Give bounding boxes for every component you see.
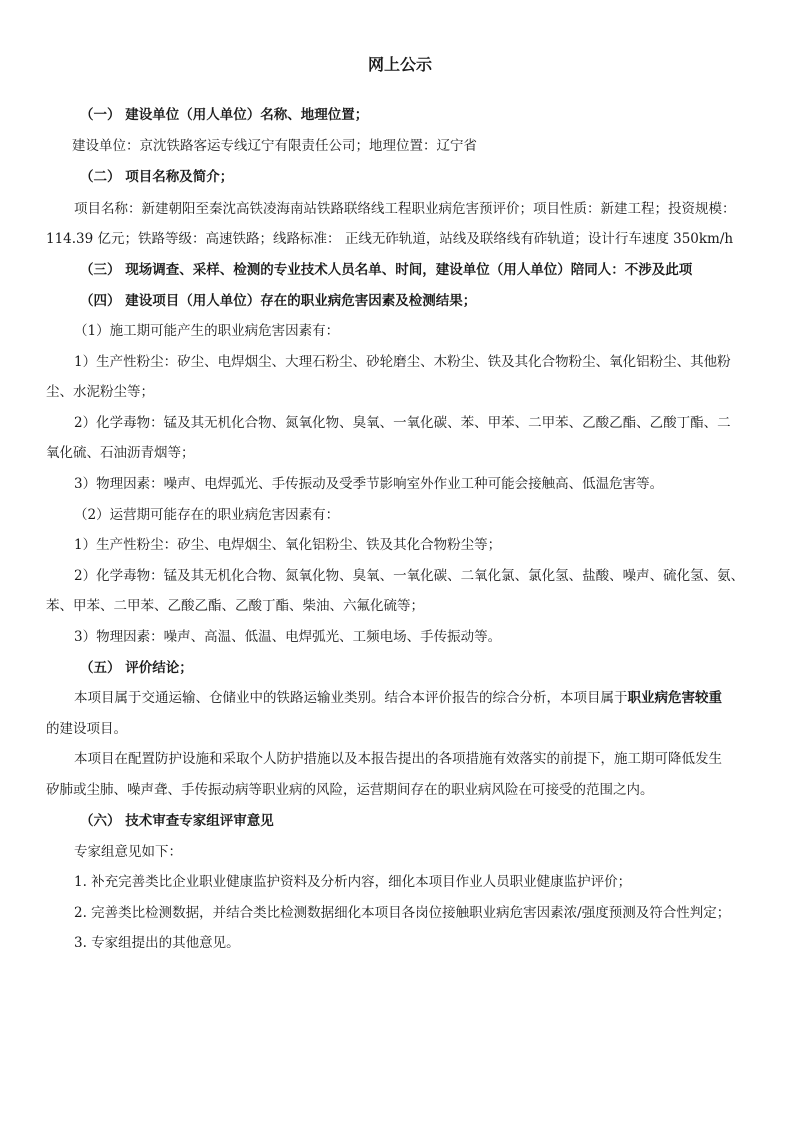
section-4-line: 尘、水泥粉尘等； (46, 383, 154, 401)
section-2-line: 114.39 亿元；铁路等级：高速铁路；线路标准： 正线无砟轨道，站线及联络线有… (46, 230, 733, 248)
section-4-line: 2）化学毒物：锰及其无机化合物、氮氧化物、臭氧、一氧化碳、二氧化氯、氯化氢、盐酸… (74, 567, 744, 585)
section-4-line: （1）施工期可能产生的职业病危害因素有： (74, 322, 339, 340)
section-6-line: 1. 补充完善类比企业职业健康监护资料及分析内容，细化本项目作业人员职业健康监护… (74, 873, 631, 891)
section-5-paragraph-2: 本项目在配置防护设施和采取个人防护措施以及本报告提出的各项措施有效落实的前提下，… (74, 750, 722, 768)
section-6-heading: （六） 技术审查专家组评审意见 (80, 812, 274, 830)
section-5-heading: （五） 评价结论； (80, 659, 193, 677)
section-4-line: 3）物理因素：噪声、电焊弧光、手传振动及受季节影响室外作业工种可能会接触高、低温… (74, 475, 663, 493)
section-1-line: 建设单位：京沈铁路客运专线辽宁有限责任公司；地理位置：辽宁省 (72, 137, 477, 155)
section-4-line: （2）运营期可能存在的职业病危害因素有： (74, 506, 339, 524)
section-1-heading: （一） 建设单位（用人单位）名称、地理位置； (80, 106, 368, 124)
section-4-line: 氧化硫、石油沥青烟等； (46, 444, 195, 462)
section-4-line: 苯、甲苯、二甲苯、乙酸乙酯、乙酸丁酯、柴油、六氟化硫等； (46, 597, 424, 615)
section-4-line: 2）化学毒物：锰及其无机化合物、氮氧化物、臭氧、一氧化碳、苯、甲苯、二甲苯、乙酸… (74, 414, 731, 432)
section-5-paragraph-2-cont: 矽肺或尘肺、噪声聋、手传振动病等职业病的风险，运营期间存在的职业病风险在可接受的… (46, 781, 654, 799)
section-4-line: 1）生产性粉尘：矽尘、电焊烟尘、氧化铝粉尘、铁及其化合物粉尘等； (74, 536, 501, 554)
section-4-line: 3）物理因素：噪声、高温、低温、电焊弧光、工频电场、手传振动等。 (74, 628, 501, 646)
section-2-line: 项目名称：新建朝阳至秦沈高铁凌海南站铁路联络线工程职业病危害预评价；项目性质：新… (74, 200, 736, 218)
section-6-line: 专家组意见如下： (74, 843, 182, 861)
conclusion-text: 本项目属于交通运输、仓储业中的铁路运输业类别。结合本评价报告的综合分析，本项目属… (74, 690, 628, 706)
section-6-line: 2. 完善类比检测数据，并结合类比检测数据细化本项目各岗位接触职业病危害因素浓/… (74, 904, 730, 922)
section-4-line: 1）生产性粉尘：矽尘、电焊烟尘、大理石粉尘、砂轮磨尘、木粉尘、铁及其化合物粉尘、… (74, 353, 731, 371)
section-4-heading: （四） 建设项目（用人单位）存在的职业病危害因素及检测结果； (80, 292, 476, 310)
section-5-paragraph-1-cont: 的建设项目。 (46, 720, 127, 738)
section-2-heading: （二） 项目名称及简介； (80, 168, 233, 186)
section-6-line: 3. 专家组提出的其他意见。 (74, 934, 240, 952)
section-5-paragraph-1: 本项目属于交通运输、仓储业中的铁路运输业类别。结合本评价报告的综合分析，本项目属… (74, 689, 722, 707)
hazard-level: 职业病危害较重 (628, 690, 723, 706)
page-title: 网上公示 (0, 52, 800, 75)
section-3-heading: （三） 现场调查、采样、检测的专业技术人员名单、时间，建设单位（用人单位）陪同人… (80, 261, 692, 279)
